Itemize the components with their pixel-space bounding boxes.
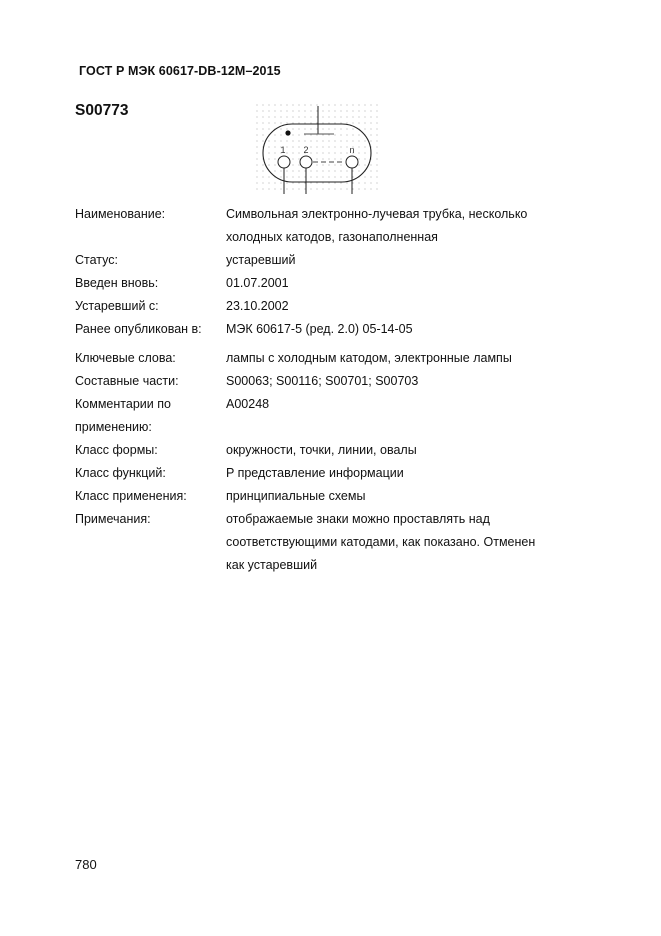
field-value: МЭК 60617-5 (ред. 2.0) 05-14-05	[226, 318, 595, 341]
field-label: Устаревший с:	[75, 295, 226, 318]
field-shape-class: Класс формы: окружности, точки, линии, о…	[75, 439, 595, 462]
field-value: P представление информации	[226, 462, 595, 485]
field-label: Класс функций:	[75, 462, 226, 485]
label-line: применению:	[75, 416, 226, 439]
field-value: отображаемые знаки можно проставлять над…	[226, 508, 595, 577]
svg-text:1: 1	[280, 145, 285, 155]
field-label: Ранее опубликован в:	[75, 318, 226, 341]
field-label: Класс формы:	[75, 439, 226, 462]
field-value: Символьная электронно-лучевая трубка, не…	[226, 203, 595, 249]
field-value: окружности, точки, линии, овалы	[226, 439, 595, 462]
value-line: соответствующими катодами, как показано.…	[226, 531, 595, 554]
field-value: лампы с холодным катодом, электронные ла…	[226, 347, 595, 370]
field-value: 23.10.2002	[226, 295, 595, 318]
value-line: Символьная электронно-лучевая трубка, не…	[226, 203, 595, 226]
symbol-attributes-table: Наименование: Символьная электронно-луче…	[75, 203, 595, 577]
field-function-class: Класс функций: P представление информаци…	[75, 462, 595, 485]
field-value: устаревший	[226, 249, 595, 272]
field-application-class: Класс применения: принципиальные схемы	[75, 485, 595, 508]
field-label: Комментарии по применению:	[75, 393, 226, 439]
field-introduced: Введен вновь: 01.07.2001	[75, 272, 595, 295]
field-obsolete-since: Устаревший с: 23.10.2002	[75, 295, 595, 318]
field-label: Примечания:	[75, 508, 226, 577]
field-previously-published: Ранее опубликован в: МЭК 60617-5 (ред. 2…	[75, 318, 595, 341]
field-application-notes: Комментарии по применению: A00248	[75, 393, 595, 439]
value-line: как устаревший	[226, 554, 595, 577]
field-label: Введен вновь:	[75, 272, 226, 295]
field-keywords: Ключевые слова: лампы с холодным катодом…	[75, 347, 595, 370]
field-components: Составные части: S00063; S00116; S00701;…	[75, 370, 595, 393]
field-value: A00248	[226, 393, 595, 439]
symbol-code: S00773	[75, 102, 128, 120]
document-header: ГОСТ Р МЭК 60617-DB-12M–2015	[79, 64, 281, 78]
field-remarks: Примечания: отображаемые знаки можно про…	[75, 508, 595, 577]
field-label: Статус:	[75, 249, 226, 272]
page-number: 780	[75, 857, 97, 872]
value-line: холодных катодов, газонаполненная	[226, 226, 595, 249]
field-label: Составные части:	[75, 370, 226, 393]
field-label: Класс применения:	[75, 485, 226, 508]
field-value: S00063; S00116; S00701; S00703	[226, 370, 595, 393]
label-line: Комментарии по	[75, 393, 226, 416]
cold-cathode-crt-symbol-icon: 1 2 n	[254, 102, 382, 194]
field-status: Статус: устаревший	[75, 249, 595, 272]
field-name: Наименование: Символьная электронно-луче…	[75, 203, 595, 249]
svg-text:2: 2	[303, 145, 308, 155]
field-value: 01.07.2001	[226, 272, 595, 295]
field-label: Ключевые слова:	[75, 347, 226, 370]
field-label: Наименование:	[75, 203, 226, 249]
value-line: отображаемые знаки можно проставлять над	[226, 508, 595, 531]
field-value: принципиальные схемы	[226, 485, 595, 508]
svg-text:n: n	[349, 145, 354, 155]
